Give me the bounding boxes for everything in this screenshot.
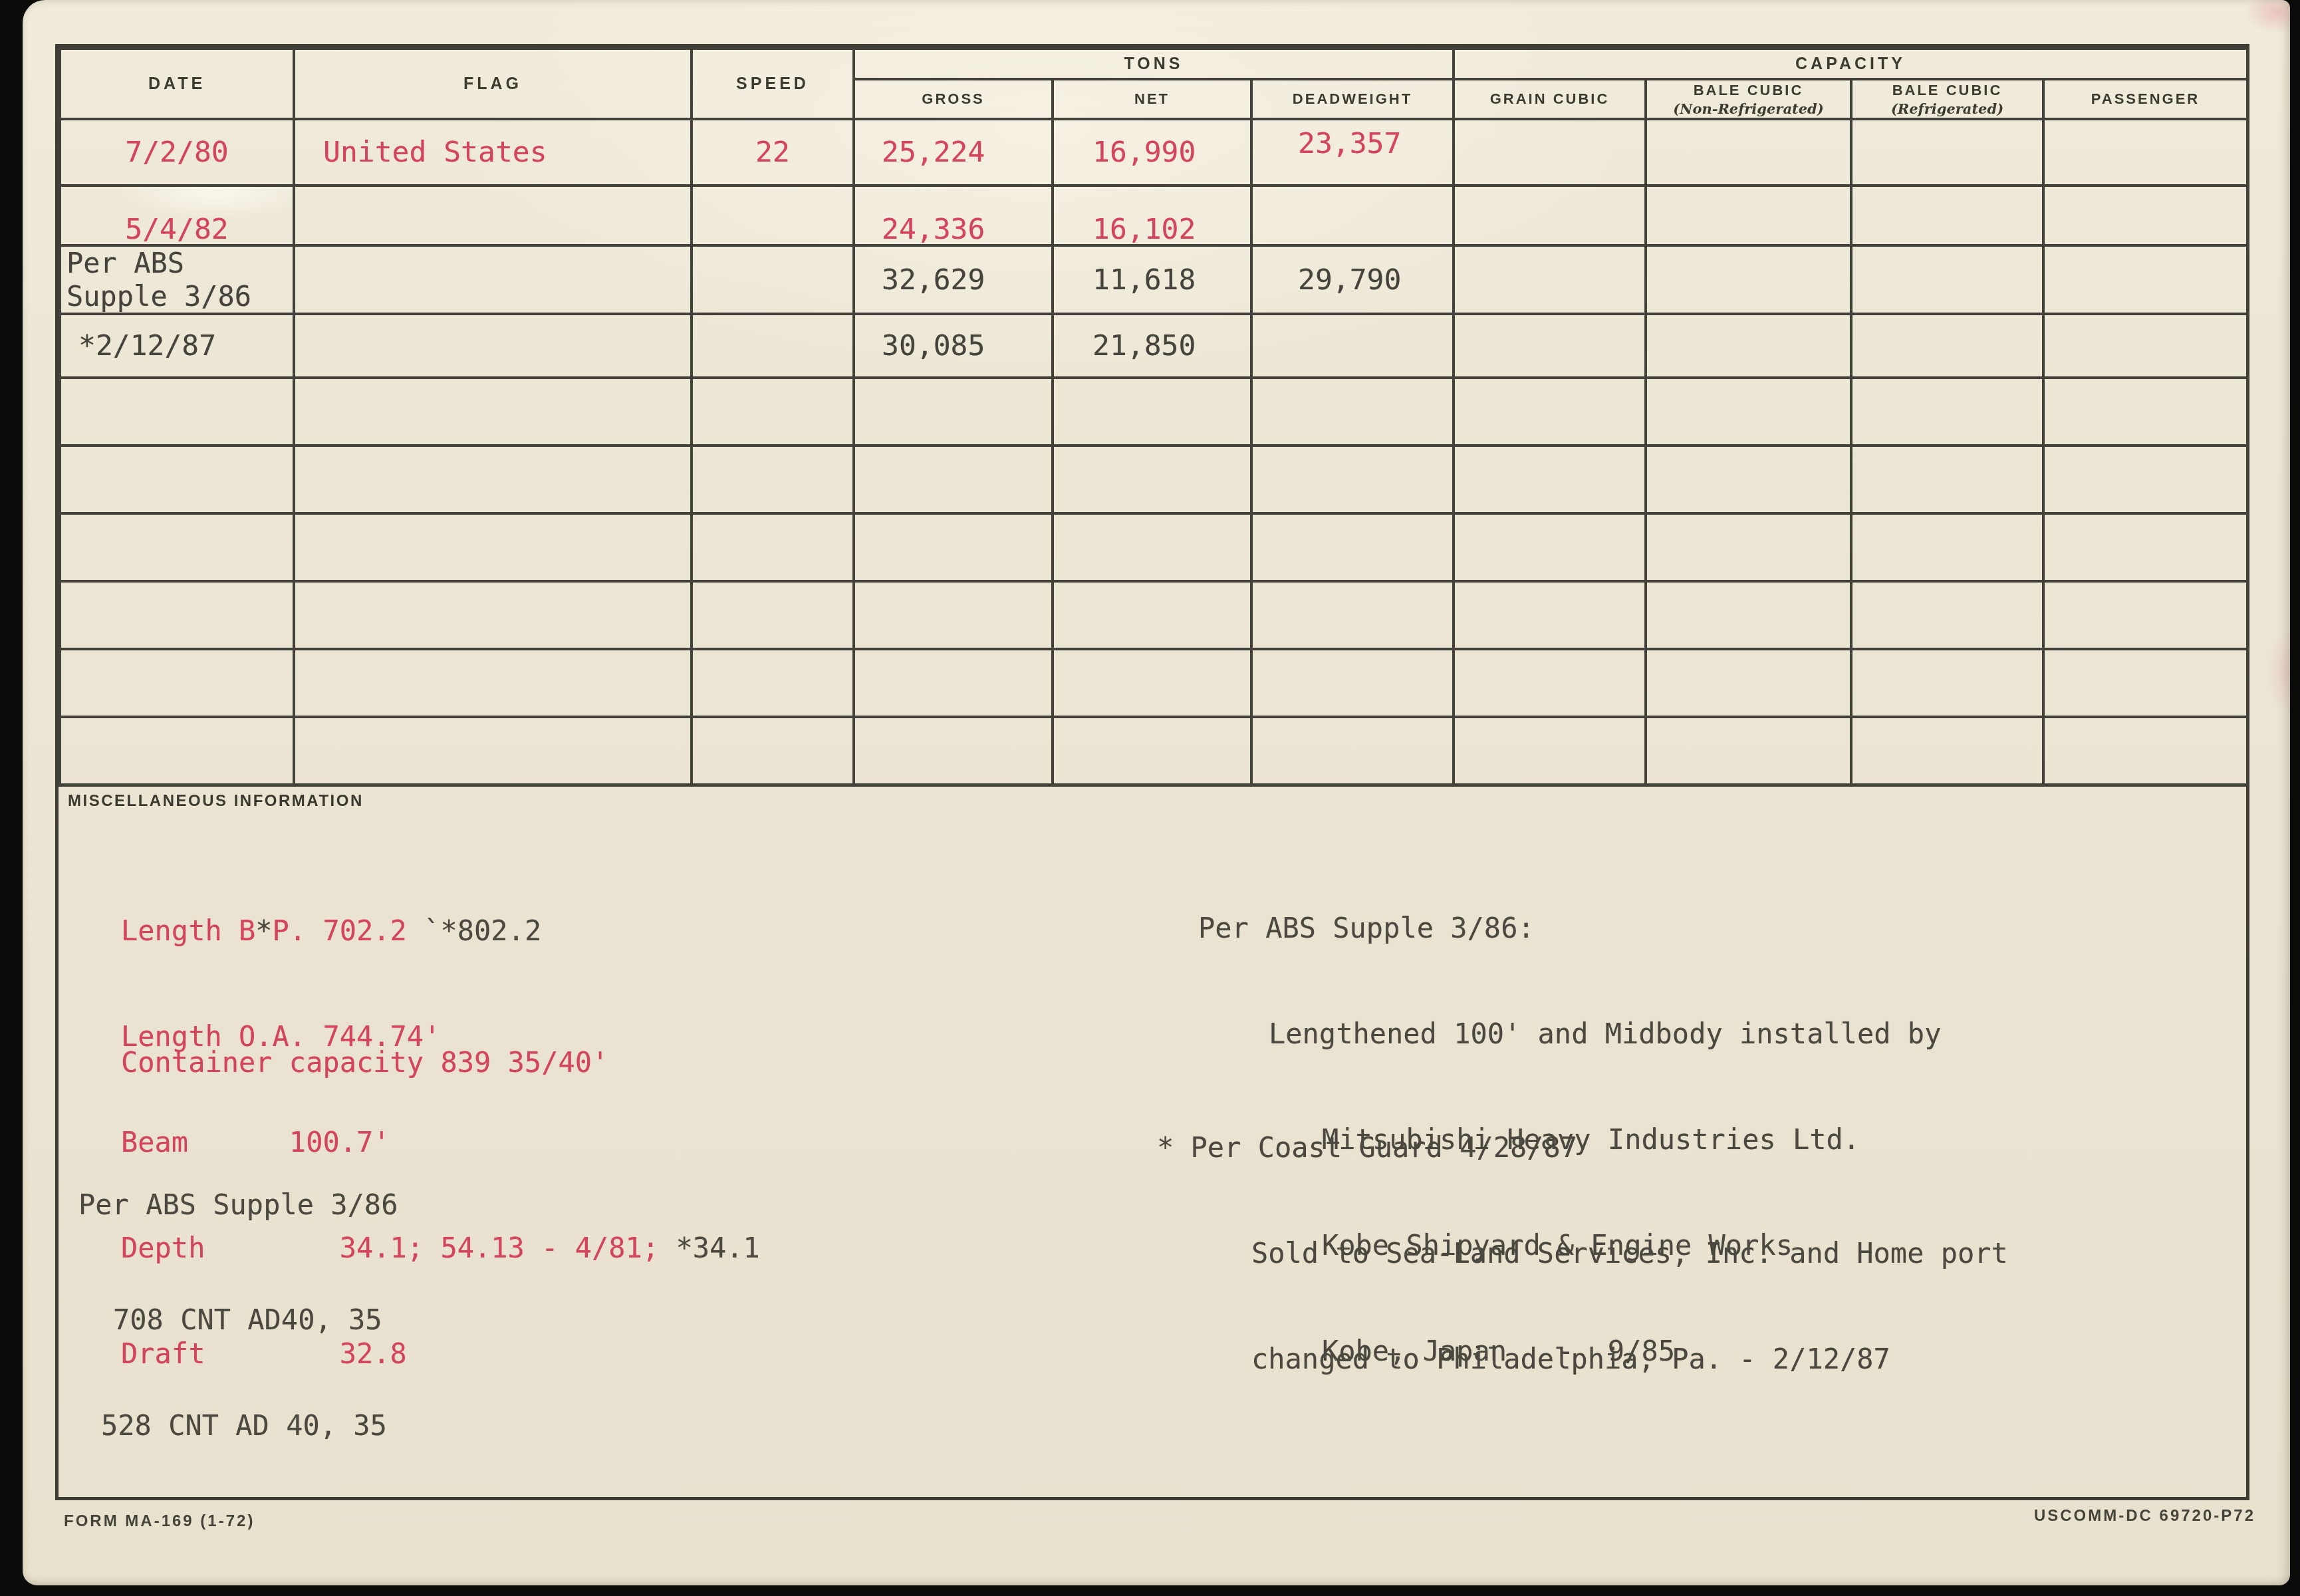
cell-deadweight [1251,513,1454,581]
coast-guard-heading: * Per Coast Guard 4/28/87 [1157,1130,2008,1165]
cell-gross [854,446,1053,513]
cell-bale_cubic_ref [1851,581,2043,649]
abs-left-heading: Per ABS Supple 3/86 [78,1187,398,1222]
cell-date: *2/12/87 [60,314,294,378]
cell-bale_cubic_ref [1851,649,2043,717]
cell-bale_cubic_ref [1851,513,2043,581]
abs-left-line1: 708 CNT AD40, 35 [113,1302,398,1337]
cell-flag [294,649,692,717]
group-header-tons: TONS [854,49,1454,79]
cell-flag [294,378,692,446]
col-header-bale-cubic-nonref: BALE CUBIC (Non-Refrigerated) [1646,79,1851,119]
cell-net [1053,513,1251,581]
cell-bale_cubic_nonref [1646,119,1851,186]
bale-cubic-nonref-line1: BALE CUBIC [1694,82,1804,98]
cell-gross [854,378,1053,446]
cell-deadweight [1251,446,1454,513]
cell-gross [854,581,1053,649]
cell-bale_cubic_ref [1851,186,2043,245]
cell-deadweight: 23,357 [1251,119,1454,186]
cell-grain_cubic [1454,513,1646,581]
form-paper: DATE FLAG SPEED TONS CAPACITY GROSS NET … [23,0,2290,1585]
cell-bale_cubic_ref [1851,717,2043,785]
cell-flag [294,581,692,649]
cell-passenger [2043,119,2247,186]
col-header-net: NET [1053,79,1251,119]
cell-date: 7/2/80 [60,119,294,186]
cell-bale_cubic_nonref [1646,581,1851,649]
cell-deadweight [1251,314,1454,378]
col-header-date: DATE [60,49,294,119]
cell-flag: United States [294,119,692,186]
scanner-background: DATE FLAG SPEED TONS CAPACITY GROSS NET … [0,0,2300,1596]
cell-date [60,378,294,446]
cell-speed [692,245,854,314]
miscellaneous-section: MISCELLANEOUS INFORMATION Length B*P. 70… [59,784,2246,1497]
cell-bale_cubic_nonref [1646,378,1851,446]
cell-speed [692,513,854,581]
coast-guard-line1: Sold to Sea-Land Services, Inc. and Home… [1251,1236,2008,1271]
cell-flag [294,446,692,513]
cell-bale_cubic_nonref [1646,649,1851,717]
cell-deadweight [1251,378,1454,446]
abs-left-line2: 528 CNT AD 40, 35 [101,1408,398,1443]
cell-net: 16,102 [1053,186,1251,245]
cell-bale_cubic_ref [1851,245,2043,314]
cell-bale_cubic_ref [1851,378,2043,446]
spec-length-bp: Length B*P. 702.2 `*802.2 [121,913,760,948]
cell-passenger [2043,378,2247,446]
table-row [60,378,2247,446]
cell-deadweight: 29,790 [1251,245,1454,314]
cell-net: 11,618 [1053,245,1251,314]
cell-flag [294,314,692,378]
cell-grain_cubic [1454,186,1646,245]
coast-guard-block: * Per Coast Guard 4/28/87 Sold to Sea-La… [1157,1059,2008,1447]
table-row [60,513,2247,581]
cell-flag [294,513,692,581]
col-header-passenger: PASSENGER [2043,79,2247,119]
cell-passenger [2043,314,2247,378]
cell-speed [692,314,854,378]
cell-date [60,446,294,513]
cell-speed: 22 [692,119,854,186]
cell-date [60,513,294,581]
miscellaneous-title: MISCELLANEOUS INFORMATION [68,792,364,811]
cell-flag [294,245,692,314]
ship-record-table: DATE FLAG SPEED TONS CAPACITY GROSS NET … [59,47,2249,786]
bale-cubic-ref-line2: (Refrigerated) [1853,100,2042,117]
cell-date [60,717,294,785]
cell-grain_cubic [1454,245,1646,314]
cell-speed [692,186,854,245]
cell-passenger [2043,649,2247,717]
cell-flag [294,186,692,245]
cell-bale_cubic_nonref [1646,446,1851,513]
col-header-gross: GROSS [854,79,1053,119]
cell-grain_cubic [1454,378,1646,446]
cell-net: 16,990 [1053,119,1251,186]
cell-net [1053,378,1251,446]
col-header-flag: FLAG [294,49,692,119]
cell-bale_cubic_nonref [1646,186,1851,245]
cell-grain_cubic [1454,446,1646,513]
cell-gross [854,649,1053,717]
abs-supplement-left-block: Per ABS Supple 3/86 708 CNT AD40, 35 528… [78,1117,398,1514]
cell-bale_cubic_nonref [1646,717,1851,785]
cell-grain_cubic [1454,119,1646,186]
cell-speed [692,446,854,513]
cell-bale_cubic_nonref [1646,314,1851,378]
col-header-deadweight: DEADWEIGHT [1251,79,1454,119]
cell-speed [692,717,854,785]
cell-grain_cubic [1454,581,1646,649]
table-row [60,649,2247,717]
coast-guard-line2: changed to Philadelphia, Pa. - 2/12/87 [1251,1341,2008,1377]
table-row [60,446,2247,513]
cell-bale_cubic_ref [1851,119,2043,186]
cell-net [1053,446,1251,513]
cell-passenger [2043,717,2247,785]
cell-gross: 30,085 [854,314,1053,378]
cell-flag [294,717,692,785]
cell-passenger [2043,513,2247,581]
cell-deadweight [1251,717,1454,785]
cell-deadweight [1251,186,1454,245]
cell-gross: 32,629 [854,245,1053,314]
cell-speed [692,378,854,446]
abs-right-heading: Per ABS Supple 3/86: [1198,910,1941,946]
cell-passenger [2043,581,2247,649]
cell-date [60,581,294,649]
cell-grain_cubic [1454,314,1646,378]
cell-gross [854,717,1053,785]
table-row: *2/12/8730,08521,850 [60,314,2247,378]
table-row [60,581,2247,649]
table-row [60,717,2247,785]
table-body: 7/2/80United States2225,22416,99023,3575… [60,119,2247,785]
cell-deadweight [1251,649,1454,717]
print-code: USCOMM-DC 69720-P72 [2034,1507,2255,1526]
col-header-speed: SPEED [692,49,854,119]
cell-passenger [2043,446,2247,513]
table-row: Per ABS Supple 3/8632,62911,61829,790 [60,245,2247,314]
form-box: DATE FLAG SPEED TONS CAPACITY GROSS NET … [55,44,2249,1500]
cell-bale_cubic_ref [1851,446,2043,513]
cell-date: 5/4/82 [60,186,294,245]
cell-speed [692,649,854,717]
cell-net [1053,717,1251,785]
cell-bale_cubic_ref [1851,314,2043,378]
container-capacity-note: Container capacity 839 35/40' [121,1045,608,1080]
cell-bale_cubic_nonref [1646,513,1851,581]
cell-grain_cubic [1454,717,1646,785]
cell-deadweight [1251,581,1454,649]
cell-gross: 25,224 [854,119,1053,186]
table-row: 5/4/8224,33616,102 [60,186,2247,245]
bale-cubic-nonref-line2: (Non-Refrigerated) [1647,100,1850,117]
cell-net [1053,581,1251,649]
col-header-grain-cubic: GRAIN CUBIC [1454,79,1646,119]
cell-net [1053,649,1251,717]
cell-gross: 24,336 [854,186,1053,245]
cell-speed [692,581,854,649]
cell-grain_cubic [1454,649,1646,717]
cell-bale_cubic_nonref [1646,245,1851,314]
table-row: 7/2/80United States2225,22416,99023,357 [60,119,2247,186]
bale-cubic-ref-line1: BALE CUBIC [1892,82,2003,98]
abs-right-line1: Lengthened 100' and Midbody installed by [1269,1016,1941,1051]
cell-passenger [2043,186,2247,245]
cell-date: Per ABS Supple 3/86 [60,245,294,314]
cell-gross [854,513,1053,581]
group-header-capacity: CAPACITY [1454,49,2247,79]
col-header-bale-cubic-ref: BALE CUBIC (Refrigerated) [1851,79,2043,119]
form-number: FORM MA-169 (1-72) [64,1512,255,1531]
cell-date [60,649,294,717]
cell-passenger [2043,245,2247,314]
cell-net: 21,850 [1053,314,1251,378]
